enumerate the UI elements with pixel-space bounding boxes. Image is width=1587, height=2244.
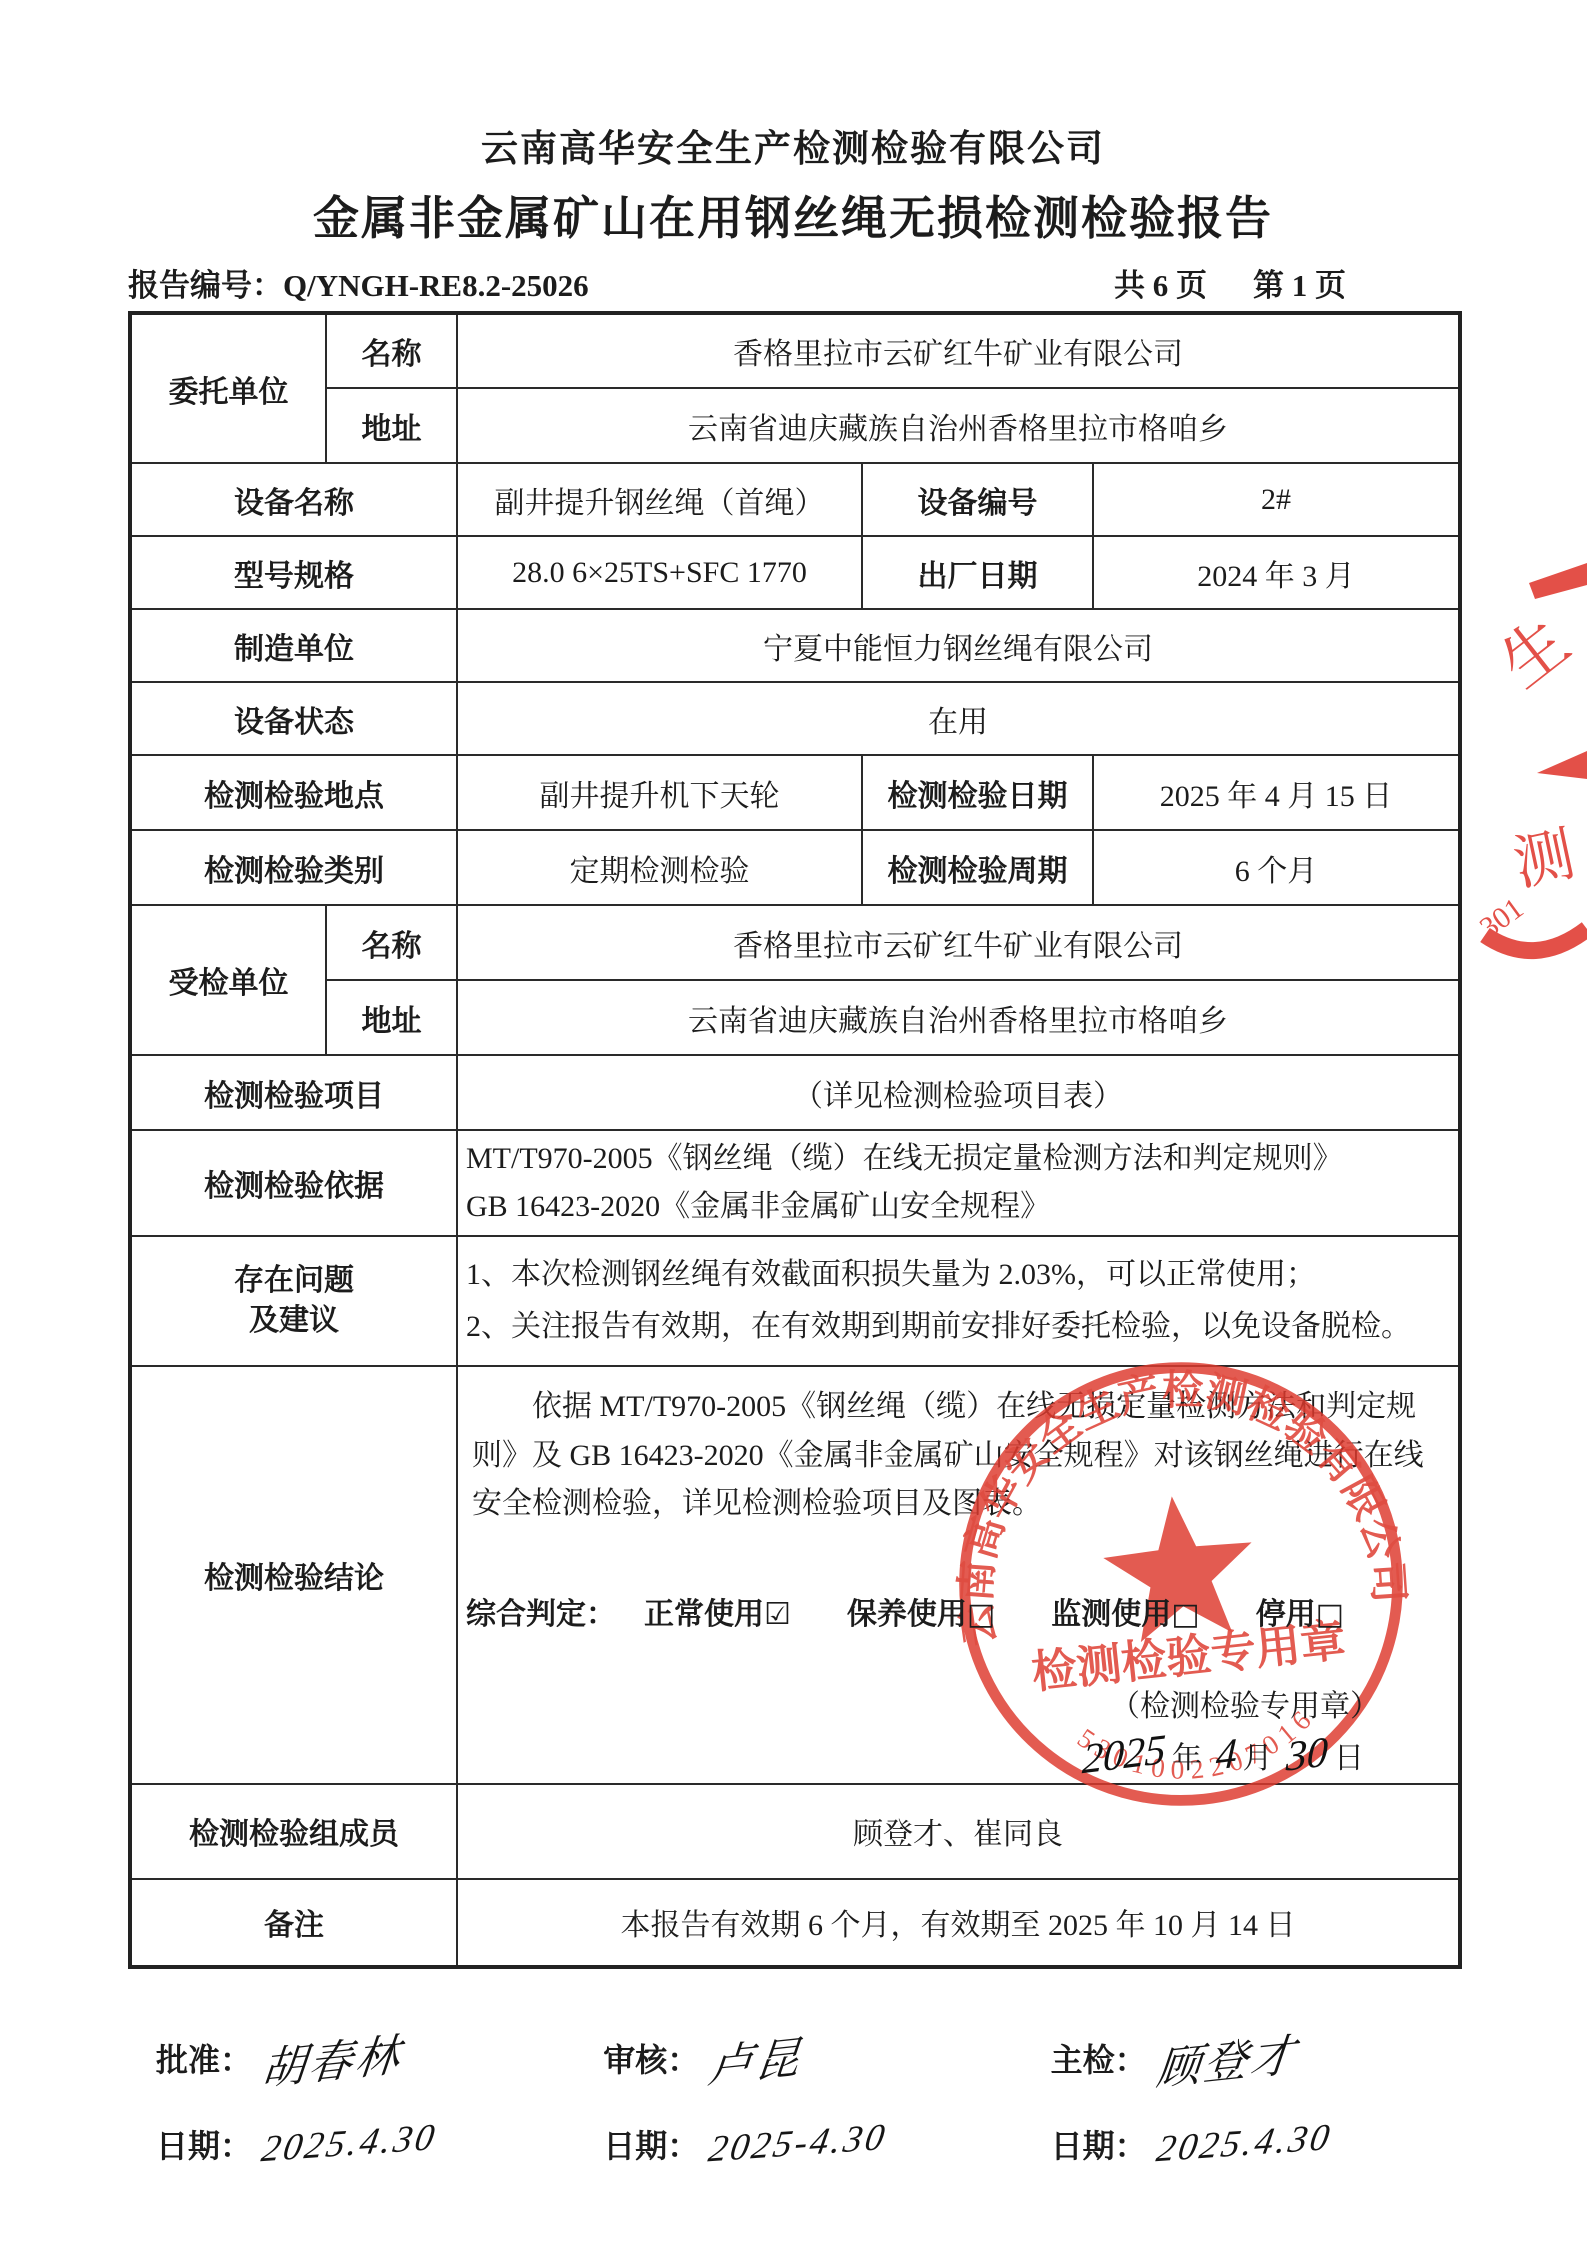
seal-date-line: 2025年 4月 30日 — [466, 1731, 1450, 1779]
report-table: 委托单位 名称 香格里拉市云矿红牛矿业有限公司 地址 云南省迪庆藏族自治州香格里… — [128, 311, 1462, 1969]
report-page: 云南高华安全生产检测检验有限公司 金属非金属矿山在用钢丝绳无损检测检验报告 报告… — [0, 0, 1587, 2244]
seal-date-year-unit: 年 — [1172, 1742, 1202, 1775]
cell-insp-date-label: 检测检验日期 — [862, 755, 1093, 830]
cell-problems-label: 存在问题 及建议 — [130, 1236, 457, 1366]
report-meta-row: 报告编号：Q/YNGH-RE8.2-25026 共 6 页 第 1 页 — [128, 260, 1458, 305]
verdict-option-monitor: 监测使用□ — [1051, 1589, 1199, 1633]
cell-mfg-date-label: 出厂日期 — [862, 536, 1093, 609]
chief-signature: 顾登才 — [1154, 2018, 1301, 2098]
verdict-option-stop: 停用□ — [1256, 1589, 1344, 1633]
review-label: 审核： — [603, 2035, 699, 2081]
table-row: 检测检验类别 定期检测检验 检测检验周期 6 个月 — [130, 830, 1460, 905]
signature-block-review: 审核： 卢昆 日期： 2025-4.30 — [603, 2015, 986, 2187]
cell-inspected-addr: 云南省迪庆藏族自治州香格里拉市格咱乡 — [457, 980, 1460, 1055]
seal-date-year-handwritten: 2025 — [1081, 1725, 1167, 1784]
table-row: 检测检验结论 依据 MT/T970-2005《钢丝绳（缆）在线无损定量检测方法和… — [130, 1366, 1460, 1784]
review-signature: 卢昆 — [706, 2020, 806, 2095]
chief-date-label: 日期： — [1051, 2121, 1147, 2167]
table-row: 检测检验项目 （详见检测检验项目表） — [130, 1055, 1460, 1130]
approve-signature: 胡春林 — [259, 2018, 406, 2098]
edge-stamp-mark — [1537, 751, 1587, 779]
cell-items: （详见检测检验项目表） — [457, 1055, 1460, 1130]
cell-inspected-name-label: 名称 — [326, 905, 457, 980]
report-content: 云南高华安全生产检测检验有限公司 金属非金属矿山在用钢丝绳无损检测检验报告 报告… — [128, 0, 1458, 2187]
problems-line-2: 2、关注报告有效期，在有效期到期前安排好委托检验，以免设备脱检。 — [466, 1301, 1450, 1354]
cell-team-label: 检测检验组成员 — [130, 1784, 457, 1879]
chief-label: 主检： — [1051, 2035, 1147, 2081]
cell-device-no-label: 设备编号 — [862, 463, 1093, 536]
cell-device-no: 2# — [1093, 463, 1460, 536]
conclusion-paragraph: 依据 MT/T970-2005《钢丝绳（缆）在线无损定量检测方法和判定规则》及 … — [466, 1371, 1450, 1529]
cell-location: 副井提升机下天轮 — [457, 755, 862, 830]
cell-insp-date: 2025 年 4 月 15 日 — [1093, 755, 1460, 830]
partial-edge-stamp: 生 测 301 — [1477, 535, 1587, 965]
table-row: 设备状态 在用 — [130, 682, 1460, 755]
table-row: 地址 云南省迪庆藏族自治州香格里拉市格咱乡 — [130, 388, 1460, 463]
signature-area: 批准： 胡春林 日期： 2025.4.30 审核： 卢昆 日期： 2025-4.… — [128, 2015, 1458, 2187]
seal-date-day-handwritten: 30 — [1285, 1728, 1329, 1782]
signature-block-chief: 主检： 顾登才 日期： 2025.4.30 — [1051, 2015, 1434, 2187]
cell-model-label: 型号规格 — [130, 536, 457, 609]
cell-conclusion: 依据 MT/T970-2005《钢丝绳（缆）在线无损定量检测方法和判定规则》及 … — [457, 1366, 1460, 1784]
cell-client-name: 香格里拉市云矿红牛矿业有限公司 — [457, 313, 1460, 388]
report-number: 报告编号：Q/YNGH-RE8.2-25026 — [128, 260, 589, 305]
cell-device-name-label: 设备名称 — [130, 463, 457, 536]
cell-model: 28.0 6×25TS+SFC 1770 — [457, 536, 862, 609]
cell-location-label: 检测检验地点 — [130, 755, 457, 830]
table-row: 制造单位 宁夏中能恒力钢丝绳有限公司 — [130, 609, 1460, 682]
cell-problems: 1、本次检测钢丝绳有效截面积损失量为 2.03%，可以正常使用； 2、关注报告有… — [457, 1236, 1460, 1366]
cell-remark-label: 备注 — [130, 1879, 457, 1967]
company-name: 云南高华安全生产检测检验有限公司 — [128, 118, 1458, 172]
table-row: 检测检验依据 MT/T970-2005《钢丝绳（缆）在线无损定量检测方法和判定规… — [130, 1130, 1460, 1236]
approve-date-label: 日期： — [156, 2121, 252, 2167]
chief-date: 2025.4.30 — [1153, 2116, 1335, 2172]
verdict-option-normal-checked: 正常使用☑ — [644, 1589, 791, 1633]
verdict-option-maintain: 保养使用□ — [847, 1589, 995, 1633]
cell-inspected-addr-label: 地址 — [326, 980, 457, 1055]
edge-stamp-mark — [1529, 563, 1587, 599]
problems-label-line-1: 存在问题 — [140, 1261, 448, 1302]
cell-manufacturer-label: 制造单位 — [130, 609, 457, 682]
review-date: 2025-4.30 — [706, 2116, 891, 2172]
current-page: 第 1 页 — [1253, 260, 1346, 305]
total-pages: 共 6 页 — [1114, 260, 1207, 305]
page-info: 共 6 页 第 1 页 — [1114, 260, 1346, 305]
cell-cycle-label: 检测检验周期 — [862, 830, 1093, 905]
verdict-line: 综合判定： 正常使用☑ 保养使用□ 监测使用□ 停用□ — [466, 1589, 1450, 1633]
report-title: 金属非金属矿山在用钢丝绳无损检测检验报告 — [128, 182, 1458, 248]
cell-manufacturer: 宁夏中能恒力钢丝绳有限公司 — [457, 609, 1460, 682]
edge-stamp-char-2: 测 — [1508, 821, 1580, 898]
table-row: 受检单位 名称 香格里拉市云矿红牛矿业有限公司 — [130, 905, 1460, 980]
cell-category: 定期检测检验 — [457, 830, 862, 905]
verdict-label: 综合判定： — [466, 1589, 616, 1633]
cell-basis-label: 检测检验依据 — [130, 1130, 457, 1236]
cell-mfg-date: 2024 年 3 月 — [1093, 536, 1460, 609]
basis-line-1: MT/T970-2005《钢丝绳（缆）在线无损定量检测方法和判定规则》 — [466, 1135, 1450, 1183]
table-row: 地址 云南省迪庆藏族自治州香格里拉市格咱乡 — [130, 980, 1460, 1055]
problems-label-line-2: 及建议 — [140, 1301, 448, 1342]
cell-status: 在用 — [457, 682, 1460, 755]
cell-items-label: 检测检验项目 — [130, 1055, 457, 1130]
cell-cycle: 6 个月 — [1093, 830, 1460, 905]
cell-client-addr: 云南省迪庆藏族自治州香格里拉市格咱乡 — [457, 388, 1460, 463]
approve-label: 批准： — [156, 2035, 252, 2081]
table-row: 型号规格 28.0 6×25TS+SFC 1770 出厂日期 2024 年 3 … — [130, 536, 1460, 609]
table-row: 存在问题 及建议 1、本次检测钢丝绳有效截面积损失量为 2.03%，可以正常使用… — [130, 1236, 1460, 1366]
table-row: 设备名称 副井提升钢丝绳（首绳） 设备编号 2# — [130, 463, 1460, 536]
seal-note: （检测检验专用章） — [466, 1681, 1450, 1725]
table-row: 检测检验组成员 顾登才、崔同良 — [130, 1784, 1460, 1879]
basis-line-2: GB 16423-2020《金属非金属矿山安全规程》 — [466, 1183, 1450, 1231]
edge-stamp-char-1: 生 — [1488, 606, 1582, 701]
approve-date: 2025.4.30 — [258, 2116, 440, 2172]
problems-line-1: 1、本次检测钢丝绳有效截面积损失量为 2.03%，可以正常使用； — [466, 1249, 1450, 1302]
cell-basis: MT/T970-2005《钢丝绳（缆）在线无损定量检测方法和判定规则》 GB 1… — [457, 1130, 1460, 1236]
cell-conclusion-label: 检测检验结论 — [130, 1366, 457, 1784]
review-date-label: 日期： — [603, 2121, 699, 2167]
cell-inspected-group-label: 受检单位 — [130, 905, 326, 1055]
cell-client-addr-label: 地址 — [326, 388, 457, 463]
table-row: 备注 本报告有效期 6 个月，有效期至 2025 年 10 月 14 日 — [130, 1879, 1460, 1967]
cell-client-name-label: 名称 — [326, 313, 457, 388]
signature-block-approve: 批准： 胡春林 日期： 2025.4.30 — [156, 2015, 539, 2187]
seal-date-month-handwritten: 4 — [1214, 1729, 1237, 1780]
cell-device-name: 副井提升钢丝绳（首绳） — [457, 463, 862, 536]
seal-date-day-unit: 日 — [1334, 1742, 1364, 1775]
seal-date-month-unit: 月 — [1243, 1742, 1273, 1775]
cell-status-label: 设备状态 — [130, 682, 457, 755]
cell-client-group-label: 委托单位 — [130, 313, 326, 463]
cell-remark: 本报告有效期 6 个月，有效期至 2025 年 10 月 14 日 — [457, 1879, 1460, 1967]
table-row: 委托单位 名称 香格里拉市云矿红牛矿业有限公司 — [130, 313, 1460, 388]
cell-team: 顾登才、崔同良 — [457, 1784, 1460, 1879]
cell-inspected-name: 香格里拉市云矿红牛矿业有限公司 — [457, 905, 1460, 980]
cell-category-label: 检测检验类别 — [130, 830, 457, 905]
table-row: 检测检验地点 副井提升机下天轮 检测检验日期 2025 年 4 月 15 日 — [130, 755, 1460, 830]
